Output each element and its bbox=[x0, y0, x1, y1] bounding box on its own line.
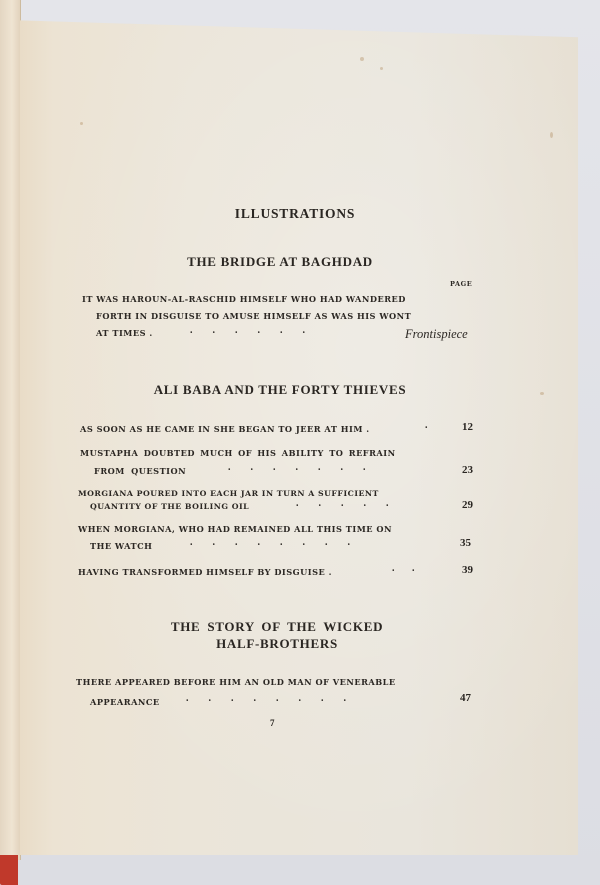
entry-caption-line: AT TIMES . bbox=[96, 328, 153, 338]
section-title-wicked-half-brothers-line2: HALF-BROTHERS bbox=[0, 635, 557, 652]
entry-caption-line: FORTH IN DISGUISE TO AMUSE HIMSELF AS WA… bbox=[96, 311, 411, 321]
page-column-label: PAGE bbox=[450, 280, 472, 288]
entry-page-ref: 35 bbox=[441, 537, 471, 549]
entry-caption-line: HAVING TRANSFORMED HIMSELF BY DISGUISE . bbox=[78, 567, 332, 577]
page-heading: ILLUSTRATIONS bbox=[0, 206, 590, 222]
dot-leader: . . . . . bbox=[296, 498, 389, 509]
entry-page-ref: 23 bbox=[443, 464, 473, 476]
entry-caption-line: MUSTAPHA DOUBTED MUCH OF HIS ABILITY TO … bbox=[80, 448, 396, 458]
page-number: 7 bbox=[270, 718, 275, 728]
section-title-bridge-at-baghdad: THE BRIDGE AT BAGHDAD bbox=[0, 253, 560, 270]
entry-caption-line: QUANTITY OF THE BOILING OIL bbox=[90, 502, 249, 511]
entry-caption-line: AS SOON AS HE CAME IN SHE BEGAN TO JEER … bbox=[80, 424, 370, 434]
entry-page-ref: 47 bbox=[441, 692, 471, 704]
entry-caption-line: WHEN MORGIANA, WHO HAD REMAINED ALL THIS… bbox=[78, 524, 392, 534]
dot-leader: . . bbox=[392, 563, 415, 574]
dot-leader: . . . . . . . . bbox=[190, 537, 350, 548]
entry-caption-line: THERE APPEARED BEFORE HIM AN OLD MAN OF … bbox=[76, 677, 396, 687]
dot-leader: . . . . . . . bbox=[228, 462, 366, 473]
entry-page-ref: Frontispiece bbox=[405, 327, 468, 342]
entry-caption-line: THE WATCH bbox=[90, 541, 152, 551]
dot-leader: . bbox=[425, 420, 428, 431]
entry-page-ref: 39 bbox=[443, 564, 473, 576]
entry-page-ref: 12 bbox=[443, 421, 473, 433]
entry-page-ref: 29 bbox=[443, 499, 473, 511]
entry-caption-line: FROM QUESTION bbox=[94, 466, 186, 476]
dot-leader: . . . . . . bbox=[190, 325, 305, 336]
section-title-wicked-half-brothers: THE STORY OF THE WICKED bbox=[0, 618, 557, 635]
entry-caption-line: IT WAS HAROUN-AL-RASCHID HIMSELF WHO HAD… bbox=[82, 294, 406, 304]
illustrations-list-page: ILLUSTRATIONS THE BRIDGE AT BAGHDAD PAGE… bbox=[0, 0, 600, 885]
section-title-ali-baba: ALI BABA AND THE FORTY THIEVES bbox=[0, 381, 560, 398]
dot-leader: . . . . . . . . bbox=[186, 693, 346, 704]
entry-caption-line: APPEARANCE bbox=[90, 697, 160, 707]
entry-caption-line: MORGIANA POURED INTO EACH JAR IN TURN A … bbox=[78, 489, 379, 498]
